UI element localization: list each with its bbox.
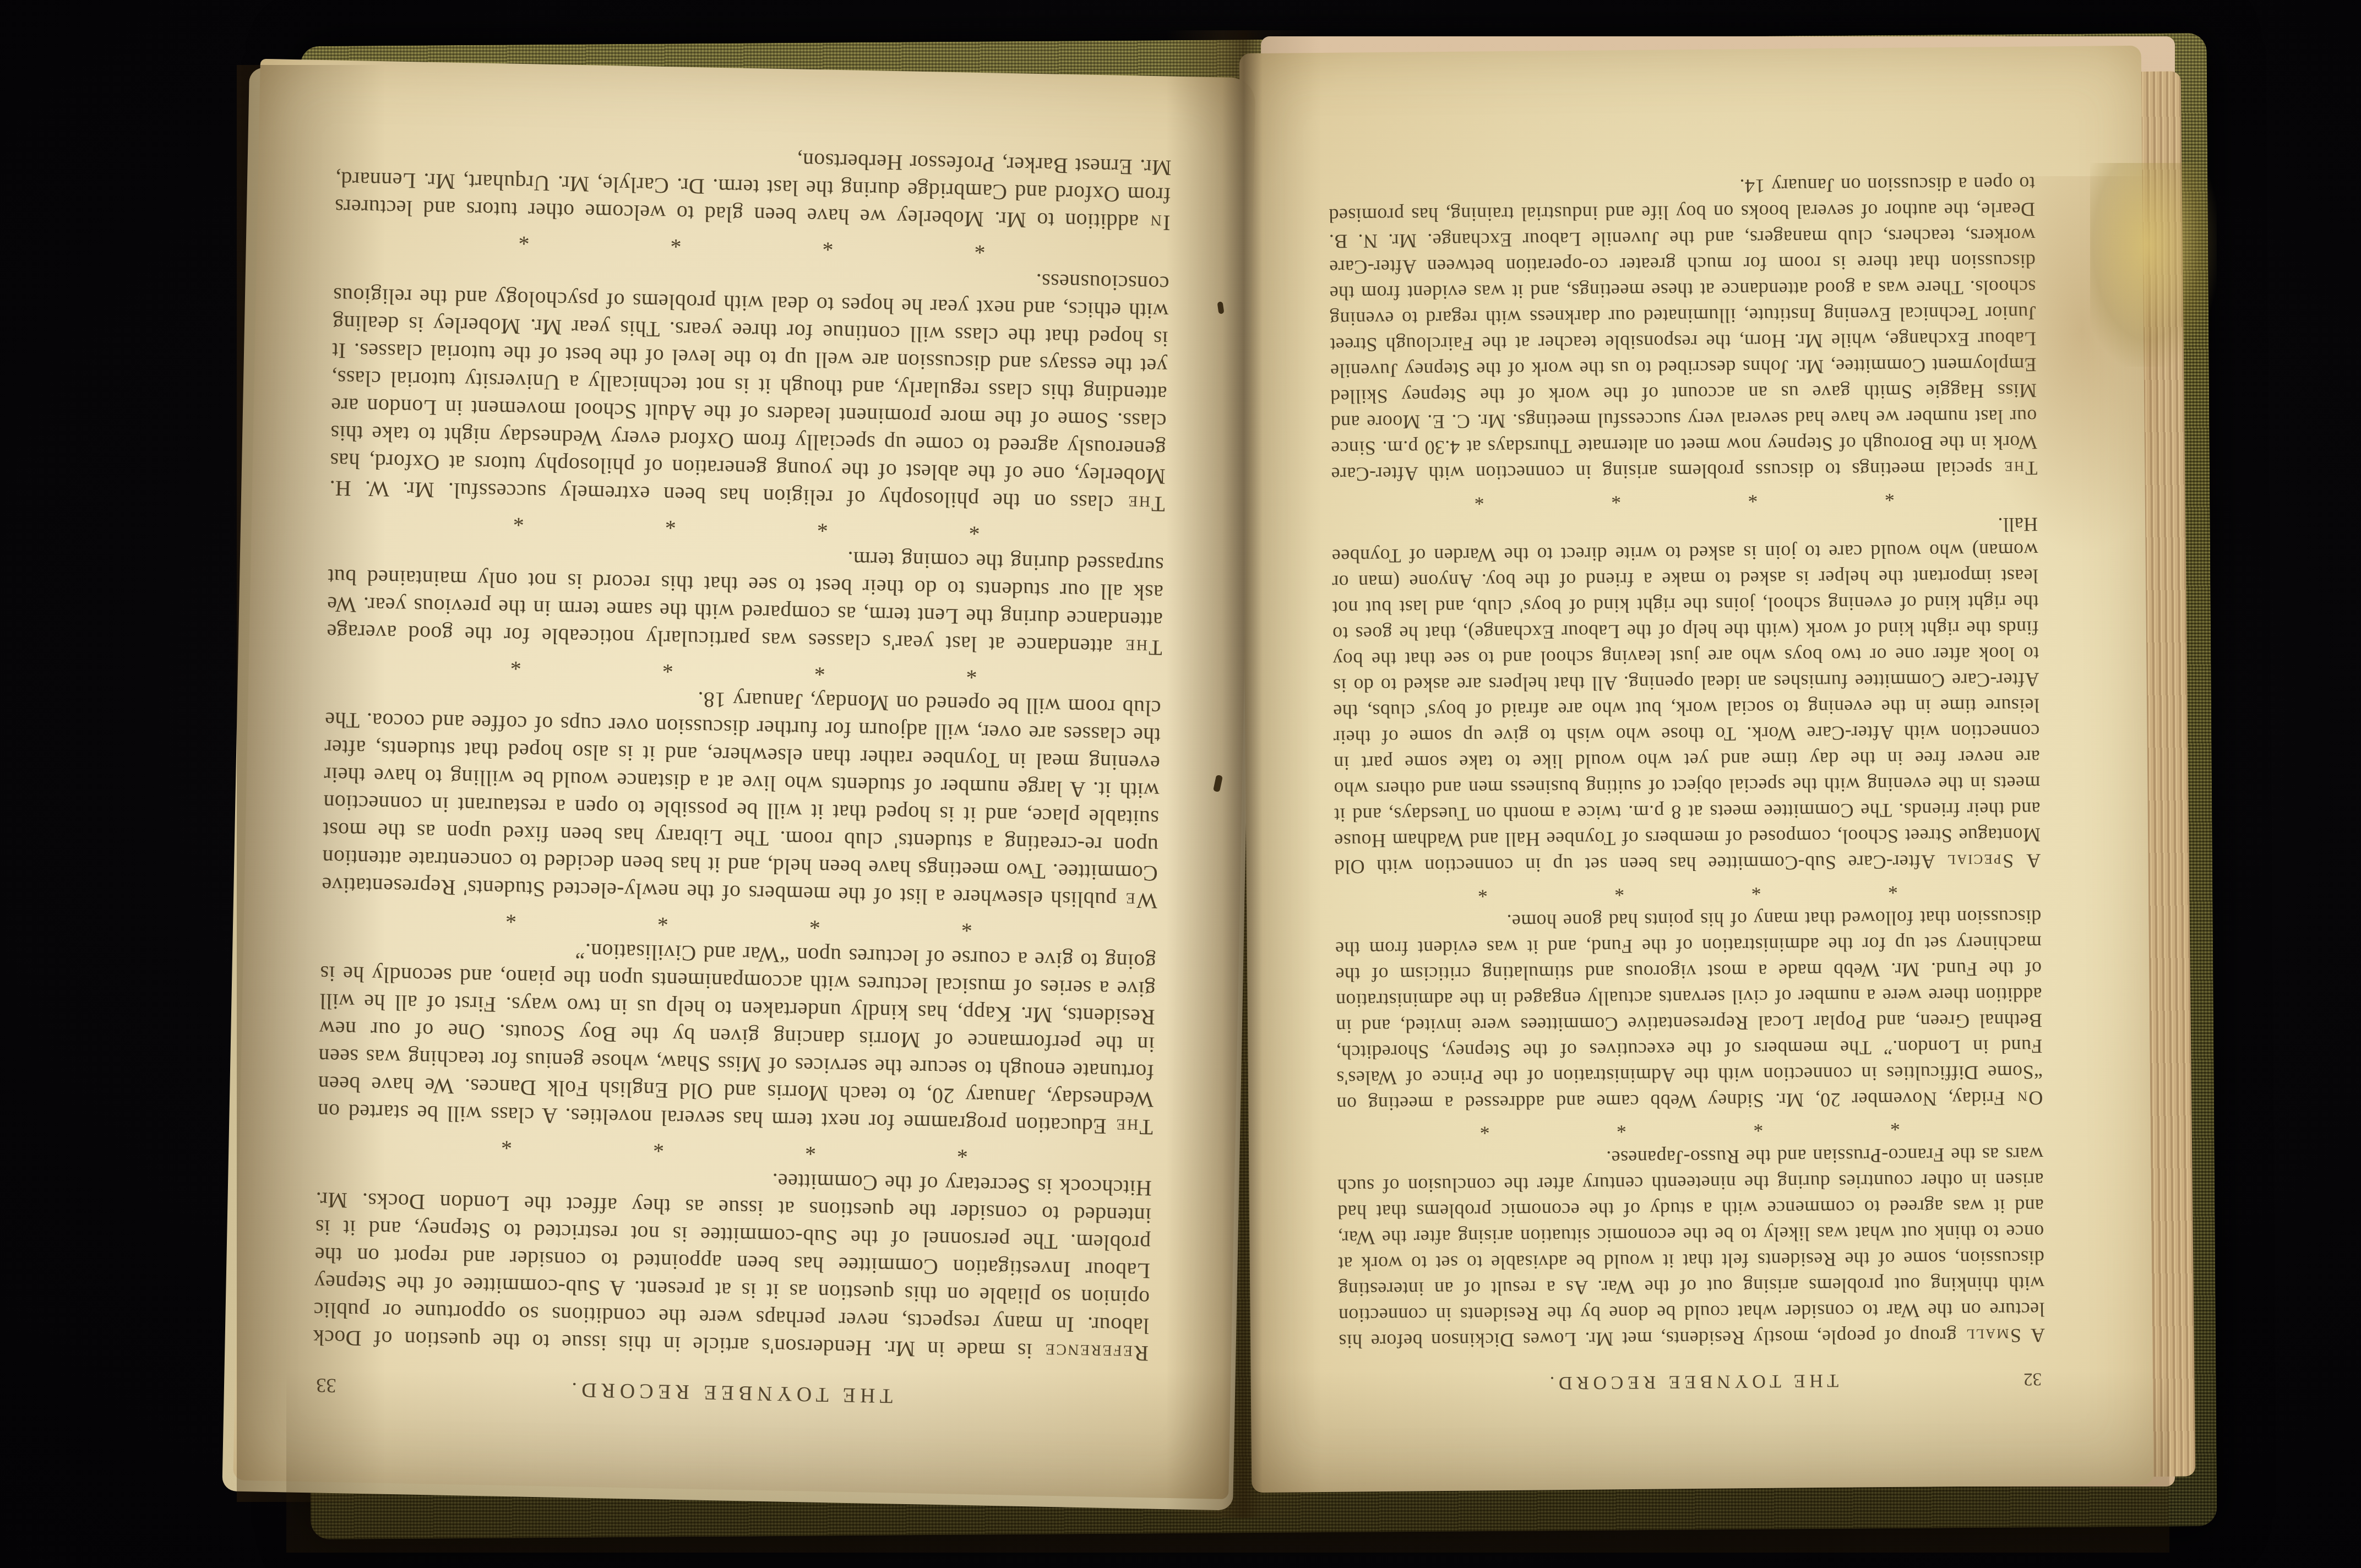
asterisk-separator: **** bbox=[1331, 482, 2038, 515]
paragraph-lead: The bbox=[2003, 458, 2037, 480]
asterisk: * bbox=[657, 905, 669, 933]
page-number: 33 bbox=[316, 1371, 337, 1400]
paragraph-lead: Reference bbox=[1044, 1340, 1149, 1366]
running-title: THE TOYNBEE RECORD. bbox=[567, 1378, 893, 1407]
page-number: 32 bbox=[2023, 1366, 2042, 1392]
asterisk: * bbox=[665, 508, 676, 535]
asterisk: * bbox=[510, 649, 522, 676]
asterisk: * bbox=[1753, 1112, 1763, 1138]
asterisk-separator: **** bbox=[1335, 875, 2041, 908]
paragraph: We publish elsewhere a list of the membe… bbox=[322, 679, 1161, 915]
asterisk: * bbox=[961, 911, 973, 938]
paragraph-lead: We bbox=[1124, 889, 1158, 914]
paragraph-lead: The bbox=[1124, 635, 1162, 660]
asterisk: * bbox=[1617, 1113, 1626, 1139]
asterisk: * bbox=[1888, 874, 1898, 900]
asterisk: * bbox=[957, 1137, 969, 1164]
asterisk: * bbox=[1474, 485, 1484, 511]
paragraph-text: special meetings to discuss problems ari… bbox=[1329, 173, 2037, 486]
paragraph: The attendance at last year's classes wa… bbox=[327, 535, 1165, 661]
paragraph-text: Education programme for next term has se… bbox=[317, 939, 1156, 1139]
paragraph: Reference is made in Mr. Henderson's art… bbox=[313, 1158, 1152, 1367]
running-title: THE TOYNBEE RECORD. bbox=[1546, 1370, 1838, 1393]
paragraph: The class on the philosophy of religion … bbox=[329, 254, 1169, 518]
asterisk: * bbox=[653, 1131, 665, 1158]
page-33: THE TOYNBEE RECORD. 33 Reference is made… bbox=[233, 59, 1255, 1499]
running-head: 32 THE TOYNBEE RECORD. bbox=[1339, 1366, 2046, 1398]
paragraph-text: After-Care Sub-Committee has been set up… bbox=[1331, 514, 2041, 878]
asterisk: * bbox=[662, 651, 673, 679]
running-head: THE TOYNBEE RECORD. 33 bbox=[312, 1371, 1148, 1415]
paragraph: In addition to Mr. Moberley we have been… bbox=[334, 138, 1172, 237]
asterisk: * bbox=[505, 902, 517, 929]
asterisk: * bbox=[501, 1128, 513, 1156]
asterisk: * bbox=[1614, 876, 1624, 902]
paragraph-text: Friday, November 20, Mr. Sidney Webb cam… bbox=[1335, 906, 2043, 1115]
asterisk: * bbox=[817, 510, 828, 538]
asterisk: * bbox=[974, 232, 986, 260]
asterisk: * bbox=[513, 505, 525, 532]
asterisk: * bbox=[1751, 875, 1761, 901]
paragraph-lead: In bbox=[1149, 210, 1171, 236]
paragraph: A Small group of people, mostly Resident… bbox=[1337, 1141, 2045, 1354]
asterisk: * bbox=[1748, 483, 1758, 509]
paragraph-text: addition to Mr. Moberley we have been gl… bbox=[334, 149, 1172, 235]
asterisk: * bbox=[1890, 1111, 1900, 1137]
asterisk: * bbox=[969, 514, 980, 541]
asterisk: * bbox=[809, 908, 821, 935]
paragraph-lead: A Small bbox=[1965, 1324, 2045, 1347]
paragraph-lead: The bbox=[1115, 1114, 1154, 1140]
paragraph-text: attendance at last year's classes was pa… bbox=[327, 547, 1164, 659]
paragraph-lead: The bbox=[1127, 491, 1165, 516]
page-33-content: THE TOYNBEE RECORD. 33 Reference is made… bbox=[233, 59, 1255, 1499]
paragraph-text: class on the philosophy of religion has … bbox=[329, 269, 1169, 516]
asterisk-separator: **** bbox=[1337, 1112, 2043, 1145]
page-32: 32 THE TOYNBEE RECORD. A Small group of … bbox=[1239, 46, 2154, 1493]
paragraph-text: is made in Mr. Henderson's article in th… bbox=[313, 1169, 1152, 1364]
paragraph: A Special After-Care Sub-Committee has b… bbox=[1331, 511, 2041, 880]
paragraph-text: publish elsewhere a list of the members … bbox=[322, 688, 1161, 913]
asterisk: * bbox=[518, 224, 530, 251]
page-32-content: 32 THE TOYNBEE RECORD. A Small group of … bbox=[1239, 46, 2154, 1493]
asterisk: * bbox=[1479, 1114, 1489, 1140]
asterisk: * bbox=[670, 226, 682, 254]
paragraph: The Education programme for next term ha… bbox=[317, 932, 1156, 1141]
paragraph: The special meetings to discuss problems… bbox=[1329, 171, 2038, 487]
paragraph-lead: A Special bbox=[1946, 850, 2041, 873]
asterisk: * bbox=[814, 654, 825, 682]
paragraph-text: group of people, mostly Residents, met M… bbox=[1337, 1143, 2044, 1352]
paragraph: On Friday, November 20, Mr. Sidney Webb … bbox=[1335, 903, 2043, 1117]
asterisk: * bbox=[1885, 482, 1895, 508]
asterisk: * bbox=[822, 230, 834, 257]
asterisk: * bbox=[1478, 878, 1488, 903]
book-photo-scene: 32 THE TOYNBEE RECORD. A Small group of … bbox=[0, 0, 2361, 1568]
asterisk: * bbox=[966, 657, 977, 685]
asterisk: * bbox=[1611, 484, 1621, 510]
paragraph-lead: On bbox=[2016, 1087, 2043, 1109]
asterisk: * bbox=[805, 1134, 817, 1162]
